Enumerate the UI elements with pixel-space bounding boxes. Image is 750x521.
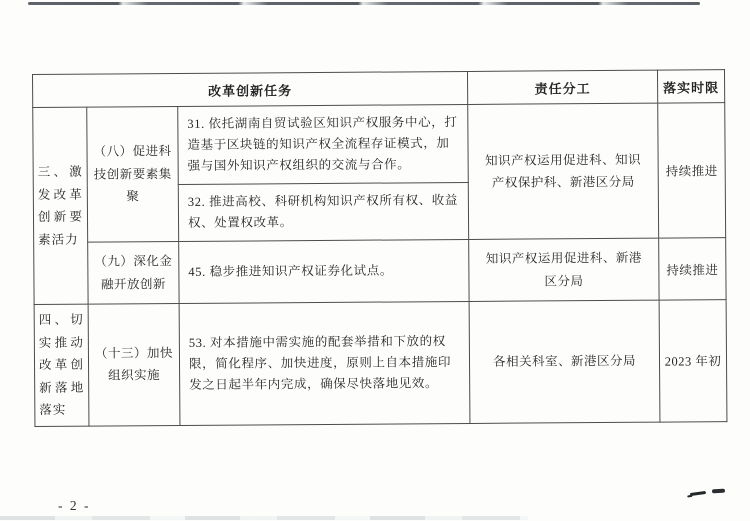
- subitem-8-label: （八）促进科技创新要素集聚: [87, 106, 179, 242]
- header-deadline-column: 落实时限: [658, 70, 725, 103]
- scan-artifact-bottom-edge: [0, 516, 528, 520]
- header-responsibility-column: 责任分工: [468, 70, 658, 104]
- deadline-group-9: 持续推进: [659, 238, 726, 300]
- deadline-group-8: 持续推进: [658, 103, 726, 238]
- task-32-text: 32. 推进高校、科研机构知识产权所有权、收益权、处置权改革。: [178, 182, 468, 241]
- scanned-document-page: { "page": { "number_label": "- 2 -" }, "…: [0, 0, 750, 521]
- task-45-text: 45. 稳步推进知识产权证券化试点。: [179, 239, 469, 303]
- task-53-text: 53. 对本措施中需实施的配套举措和下放的权限，简化程序、加快进度，原则上自本措…: [179, 301, 470, 425]
- scan-artifact-mark: [712, 489, 725, 494]
- table-row-task-45: （九）深化金融开放创新 45. 稳步推进知识产权证券化试点。 知识产权运用促进科…: [34, 238, 726, 305]
- responsibility-group-9: 知识产权运用促进科、新港区分局: [469, 238, 659, 301]
- reform-tasks-table-wrapper: 改革创新任务 责任分工 落实时限 三、激发改革创新要素活力 （八）促进科技创新要…: [32, 69, 726, 426]
- reform-tasks-table: 改革创新任务 责任分工 落实时限 三、激发改革创新要素活力 （八）促进科技创新要…: [32, 69, 727, 426]
- section-3-label: 三、激发改革创新要素活力: [33, 107, 88, 304]
- table-header-row: 改革创新任务 责任分工 落实时限: [33, 70, 725, 108]
- deadline-group-13: 2023 年初: [659, 300, 727, 422]
- responsibility-group-13: 各相关科室、新港区分局: [469, 300, 660, 423]
- subitem-13-label: （十三）加快组织实施: [88, 303, 180, 425]
- section-4-label: 四、切实推动改革创新落地落实: [34, 304, 89, 426]
- scan-artifact-top-edge: [28, 2, 700, 5]
- table-row-task-53: 四、切实推动改革创新落地落实 （十三）加快组织实施 53. 对本措施中需实施的配…: [34, 300, 727, 426]
- task-31-text: 31. 依托湖南自贸试验区知识产权服务中心，打造基于区块链的知识产权全流程存证模…: [178, 104, 469, 184]
- table-row-task-31: 三、激发改革创新要素活力 （八）促进科技创新要素集聚 31. 依托湖南自贸试验区…: [33, 103, 726, 186]
- page-number: - 2 -: [58, 498, 91, 514]
- responsibility-group-8: 知识产权运用促进科、知识产权保护科、新港区分局: [468, 103, 659, 239]
- scan-artifact-mark: [690, 491, 706, 496]
- header-task-column: 改革创新任务: [33, 71, 468, 107]
- subitem-9-label: （九）深化金融开放创新: [88, 241, 179, 304]
